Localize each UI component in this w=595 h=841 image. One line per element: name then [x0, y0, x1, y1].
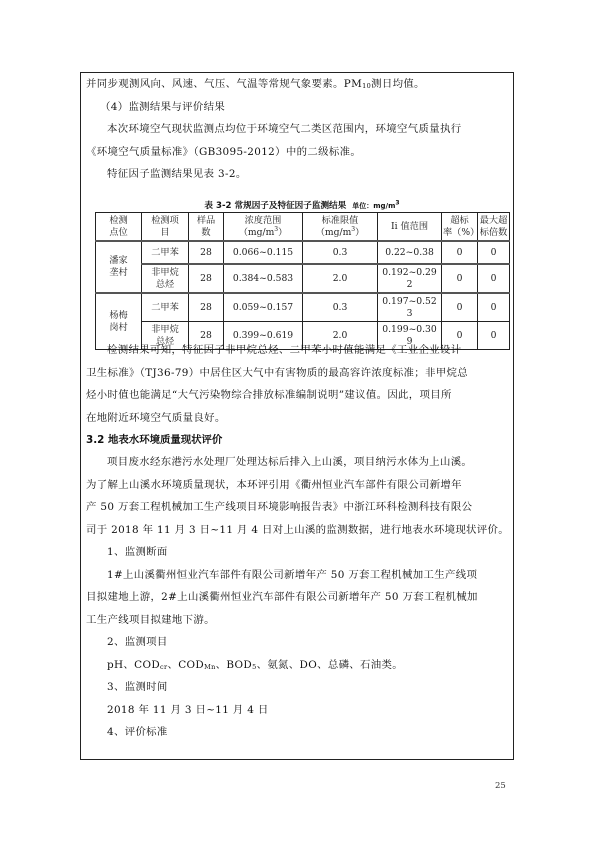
- paragraph-table-ref: 特征因子监测结果见表 3-2。: [86, 163, 510, 186]
- header-item: 检测项目: [142, 213, 189, 242]
- paragraph-standard-line1: 本次环境空气现状监测点均位于环境空气二类区范围内，环境空气质量执行: [86, 118, 510, 141]
- paragraph-time: 2018 年 11 月 3 日~11 月 4 日: [86, 699, 510, 722]
- subheading-items: 2、监测项目: [86, 631, 510, 654]
- paragraph-standard-line2: 《环境空气质量标准》（GB3095-2012）中的二级标准。: [86, 141, 510, 164]
- cell-exceed-rate: 0: [442, 293, 478, 322]
- paragraph-conclusion-line4: 在地附近环境空气质量良好。: [86, 407, 510, 430]
- cell-limit: 0.3: [303, 293, 378, 322]
- header-count: 样品数: [189, 213, 224, 242]
- bottom-text-block: 检测结果可知，特征因子非甲烷总烃、二甲苯小时值能满足《工业企业设计 卫生标准》（…: [86, 339, 510, 744]
- cell-max-multiple: 0: [478, 241, 510, 264]
- cell-ii: 0.192~0.292: [378, 264, 442, 293]
- paragraph-conclusion-line1: 检测结果可知，特征因子非甲烷总烃、二甲苯小时值能满足《工业企业设计: [86, 339, 510, 362]
- header-ii: Ii 值范围: [378, 213, 442, 242]
- cell-concentration: 0.059~0.157: [224, 293, 303, 322]
- cell-max-multiple: 0: [478, 293, 510, 322]
- table-row: 非甲烷总烃 28 0.384~0.583 2.0 0.192~0.292 0 0: [96, 264, 510, 293]
- section-heading: 3.2 地表水环境质量现状评价: [86, 429, 510, 451]
- cell-count: 28: [189, 264, 224, 293]
- paragraph-water-line1: 项目废水经东港污水处理厂处理达标后排入上山溪，项目纳污水体为上山溪。: [86, 451, 510, 474]
- paragraph-sections-line2: 目拟建地上游，2#上山溪衢州恒业汽车部件有限公司新增年产 50 万套工程机械加: [86, 586, 510, 609]
- subheading-standards: 4、评价标准: [86, 721, 510, 744]
- table-row: 杨梅岗村 二甲苯 28 0.059~0.157 0.3 0.197~0.523 …: [96, 293, 510, 322]
- table-header-row: 检测点位 检测项目 样品数 浓度范围（mg/m3） 标准限值（mg/m3） Ii…: [96, 213, 510, 242]
- cell-limit: 2.0: [303, 264, 378, 293]
- cell-max-multiple: 0: [478, 264, 510, 293]
- cell-count: 28: [189, 241, 224, 264]
- cell-ii: 0.197~0.523: [378, 293, 442, 322]
- header-limit: 标准限值（mg/m3）: [303, 213, 378, 242]
- table-caption: 表 3-2 常规因子及特征因子监测结果 单位：mg/m3: [95, 199, 509, 211]
- cell-concentration: 0.384~0.583: [224, 264, 303, 293]
- caption-title: 表 3-2 常规因子及特征因子监测结果: [204, 201, 346, 211]
- paragraph-water-line4: 司于 2018 年 11 月 3 日~11 月 4 日对上山溪的监测数据，进行地…: [86, 519, 510, 542]
- cell-count: 28: [189, 293, 224, 322]
- monitoring-results-table: 检测点位 检测项目 样品数 浓度范围（mg/m3） 标准限值（mg/m3） Ii…: [95, 212, 510, 350]
- subheading-sections: 1、监测断面: [86, 541, 510, 564]
- subheading-time: 3、监测时间: [86, 676, 510, 699]
- paragraph-meteorology: 并同步观测风向、风速、气压、气温等常规气象要素。PM10测日均值。: [86, 73, 510, 96]
- subscript: 10: [362, 82, 371, 90]
- page-number: 25: [495, 781, 506, 791]
- cell-exceed-rate: 0: [442, 241, 478, 264]
- paragraph-conclusion-line2: 卫生标准》（TJ36-79）中居住区大气中有害物质的最高容许浓度标准；非甲烷总: [86, 362, 510, 385]
- cell-exceed-rate: 0: [442, 264, 478, 293]
- paragraph-sections-line1: 1#上山溪衢州恒业汽车部件有限公司新增年产 50 万套工程机械加工生产线项: [86, 564, 510, 587]
- header-concentration: 浓度范围（mg/m3）: [224, 213, 303, 242]
- header-max-multiple: 最大超标倍数: [478, 213, 510, 242]
- table-row: 潘家垄村 二甲苯 28 0.066~0.115 0.3 0.22~0.38 0 …: [96, 241, 510, 264]
- cell-site: 潘家垄村: [96, 241, 142, 293]
- caption-unit: 单位：mg/m3: [352, 202, 399, 210]
- paragraph-sections-line3: 工生产线项目拟建地下游。: [86, 609, 510, 632]
- cell-item: 非甲烷总烃: [142, 264, 189, 293]
- paragraph-conclusion-line3: 烃小时值也能满足“大气污染物综合排放标准编制说明”建议值。因此，项目所: [86, 384, 510, 407]
- cell-concentration: 0.066~0.115: [224, 241, 303, 264]
- header-site: 检测点位: [96, 213, 142, 242]
- cell-limit: 0.3: [303, 241, 378, 264]
- text: 并同步观测风向、风速、气压、气温等常规气象要素。PM: [86, 78, 362, 90]
- cell-ii: 0.22~0.38: [378, 241, 442, 264]
- paragraph-water-line2: 为了解上山溪水环境质量现状，本环评引用《衢州恒业汽车部件有限公司新增年: [86, 474, 510, 497]
- top-text-block: 并同步观测风向、风速、气压、气温等常规气象要素。PM10测日均值。 （4）监测结…: [86, 73, 510, 186]
- paragraph-water-line3: 产 50 万套工程机械加工生产线项目环境影响报告表》中浙江环科检测科技有限公: [86, 496, 510, 519]
- cell-item: 二甲苯: [142, 241, 189, 264]
- text: 测日均值。: [371, 78, 425, 90]
- paragraph-items: pH、CODcr、CODMn、BOD5、氨氮、DO、总磷、石油类。: [86, 654, 510, 677]
- cell-item: 二甲苯: [142, 293, 189, 322]
- subheading-results: （4）监测结果与评价结果: [86, 96, 510, 119]
- header-exceed-rate: 超标率（%）: [442, 213, 478, 242]
